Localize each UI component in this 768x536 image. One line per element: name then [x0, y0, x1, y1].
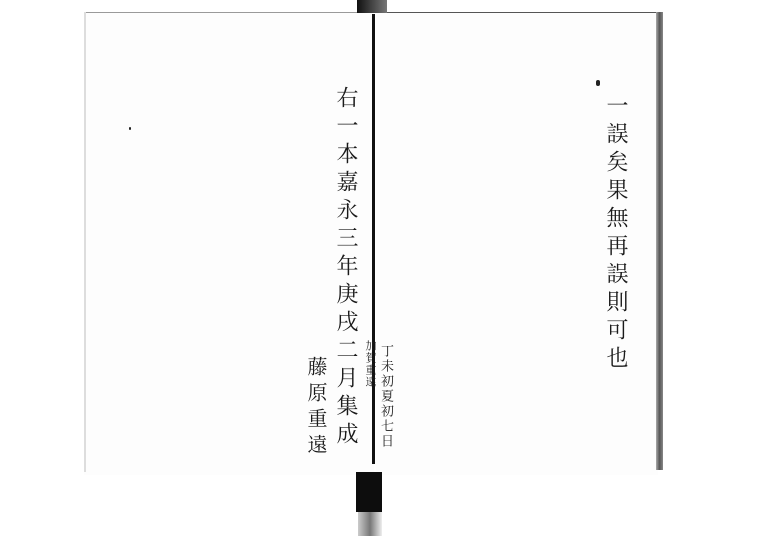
right-page-edge: [656, 12, 663, 470]
author-signature: 藤原重遠: [302, 356, 331, 460]
spine-note-name: 加賀重遠: [362, 340, 378, 388]
right-page-text: 一誤矣果無再誤則可也: [600, 94, 631, 374]
colophon-text: 右一本嘉永三年庚戌二月集成: [330, 86, 361, 450]
ink-mark: [596, 80, 600, 86]
binding-tab-top: [357, 0, 387, 13]
left-page-edge: [84, 12, 86, 472]
spine-line: [372, 14, 375, 464]
binding-tab-bottom-edge: [358, 512, 382, 536]
ink-speck: [129, 127, 131, 130]
spine-note-date: 丁未初夏初七日: [376, 344, 395, 449]
binding-tab-bottom: [356, 472, 382, 512]
